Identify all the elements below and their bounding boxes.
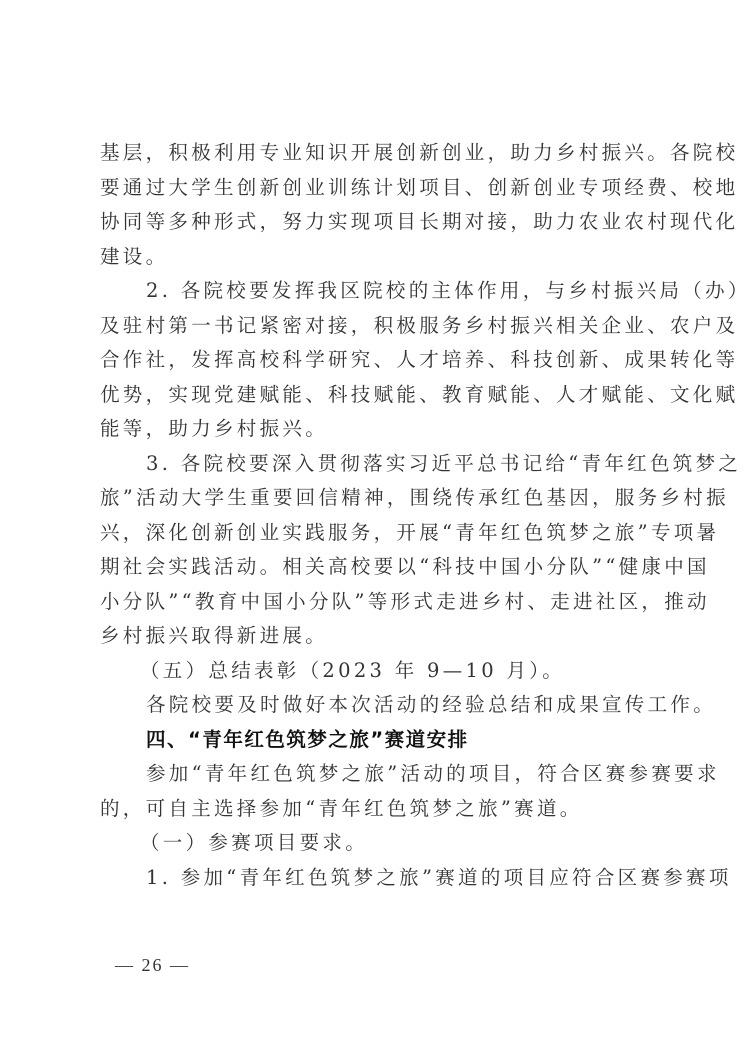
paragraph-line: 要通过大学生创新创业训练计划项目、创新创业专项经费、校地: [100, 171, 660, 206]
paragraph-line: 各院校要及时做好本次活动的经验总结和成果宣传工作。: [100, 688, 660, 723]
paragraph-line: 合作社，发挥高校科学研究、人才培养、科技创新、成果转化等: [100, 343, 660, 378]
paragraph-line: 能等，助力乡村振兴。: [100, 412, 660, 447]
paragraph-line: 旅”活动大学生重要回信精神，围绕传承红色基因，服务乡村振: [100, 481, 660, 516]
paragraph-line: 优势，实现党建赋能、科技赋能、教育赋能、人才赋能、文化赋: [100, 378, 660, 413]
paragraph-line: 参加“青年红色筑梦之旅”活动的项目，符合区赛参赛要求: [100, 757, 660, 792]
subheading-requirements: （一）参赛项目要求。: [100, 826, 660, 861]
paragraph-line: 兴，深化创新创业实践服务，开展“青年红色筑梦之旅”专项暑: [100, 516, 660, 551]
paragraph-line: 小分队”“教育中国小分队”等形式走进乡村、走进社区，推动: [100, 585, 660, 620]
numbered-item-2-line: 2. 各院校要发挥我区院校的主体作用，与乡村振兴局（办）: [100, 274, 660, 309]
paragraph-line: 乡村振兴取得新进展。: [100, 619, 660, 654]
numbered-item-1-line: 1. 参加“青年红色筑梦之旅”赛道的项目应符合区赛参赛项: [100, 861, 660, 896]
numbered-item-3-line: 3. 各院校要深入贯彻落实习近平总书记给“青年红色筑梦之: [100, 447, 660, 482]
paragraph-line: 的，可自主选择参加“青年红色筑梦之旅”赛道。: [100, 792, 660, 827]
section-heading: 四、“青年红色筑梦之旅”赛道安排: [100, 723, 660, 758]
paragraph-line: 协同等多种形式，努力实现项目长期对接，助力农业农村现代化: [100, 205, 660, 240]
page-number: — 26 —: [115, 955, 190, 976]
document-page: 基层，积极利用专业知识开展创新创业，助力乡村振兴。各院校 要通过大学生创新创业训…: [100, 136, 660, 895]
subheading-summary: （五）总结表彰（2023 年 9—10 月）。: [100, 654, 660, 689]
paragraph-line: 及驻村第一书记紧密对接，积极服务乡村振兴相关企业、农户及: [100, 309, 660, 344]
paragraph-line: 期社会实践活动。相关高校要以“科技中国小分队”“健康中国: [100, 550, 660, 585]
paragraph-line: 建设。: [100, 240, 660, 275]
paragraph-line: 基层，积极利用专业知识开展创新创业，助力乡村振兴。各院校: [100, 136, 660, 171]
